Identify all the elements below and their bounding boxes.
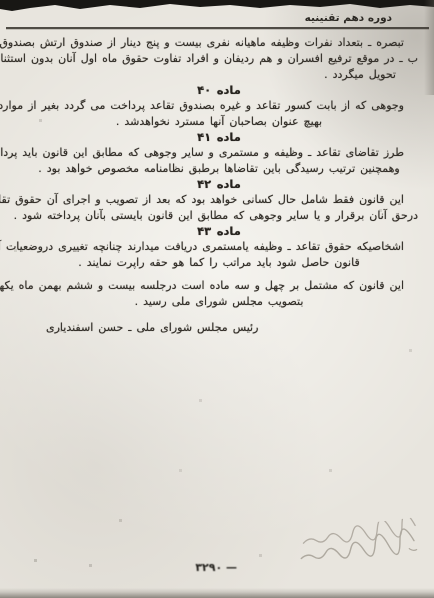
article-42-heading: ماده ۴۲ — [20, 177, 418, 192]
article-42-line: درحق آنان برقرار و يا ساير وجوهى كه مطاب… — [20, 208, 418, 224]
scan-shadow-bottom — [0, 588, 434, 598]
enactment-line: بتصويب مجلس شوراى ملى رسيد . — [20, 294, 418, 310]
note-line: تحويل ميگردد . — [20, 67, 418, 83]
article-42-line: اين قانون فقط شامل حال كسانى خواهد بود ك… — [20, 192, 418, 208]
page-header: دوره دهم تقنينيه — [0, 0, 434, 24]
article-40-line: بهيچ عنوان بصاحبان آنها مسترد نخواهدشد . — [20, 114, 418, 130]
page-number-stamp: ۳۲۹۰ — — [195, 561, 237, 574]
article-43-heading: ماده ۴۳ — [20, 224, 418, 239]
article-41-heading: ماده ۴۱ — [20, 130, 418, 145]
article-43-line: قانون حاصل شود بايد مراتب را كما هو حقه … — [20, 255, 418, 271]
law-text-body: تبصره ـ بتعداد نفرات وظيفه ماهيانه نفرى … — [0, 29, 434, 336]
note-line: تبصره ـ بتعداد نفرات وظيفه ماهيانه نفرى … — [20, 35, 418, 51]
article-40-heading: ماده ۴۰ — [20, 83, 418, 98]
article-41-line: وهمچنين ترتيب رسيدگى باين تقاضاها برطبق … — [20, 161, 418, 177]
note-line: ب ـ در موقع ترفيع افسران و هم رديفان و ا… — [20, 51, 418, 67]
speaker-signature: رئيس مجلس شوراى ملى ـ حسن اسفنديارى — [20, 310, 418, 336]
enactment-line: اين قانون كه مشتمل بر چهل و سه ماده است … — [20, 278, 418, 294]
article-40-line: وجوهى كه از بابت كسور تقاعد و غيره بصندو… — [20, 98, 418, 114]
scanned-document-page: دوره دهم تقنينيه تبصره ـ بتعداد نفرات وظ… — [0, 0, 434, 598]
article-41-line: طرز تقاضاى تقاعد ـ وظيفه و مستمرى و ساير… — [20, 145, 418, 161]
handwritten-annotation — [294, 516, 430, 572]
legislative-period-label: دوره دهم تقنينيه — [305, 12, 392, 24]
article-43-line: اشخاصيكه حقوق تقاعد ـ وظيفه يامستمرى دري… — [20, 239, 418, 255]
